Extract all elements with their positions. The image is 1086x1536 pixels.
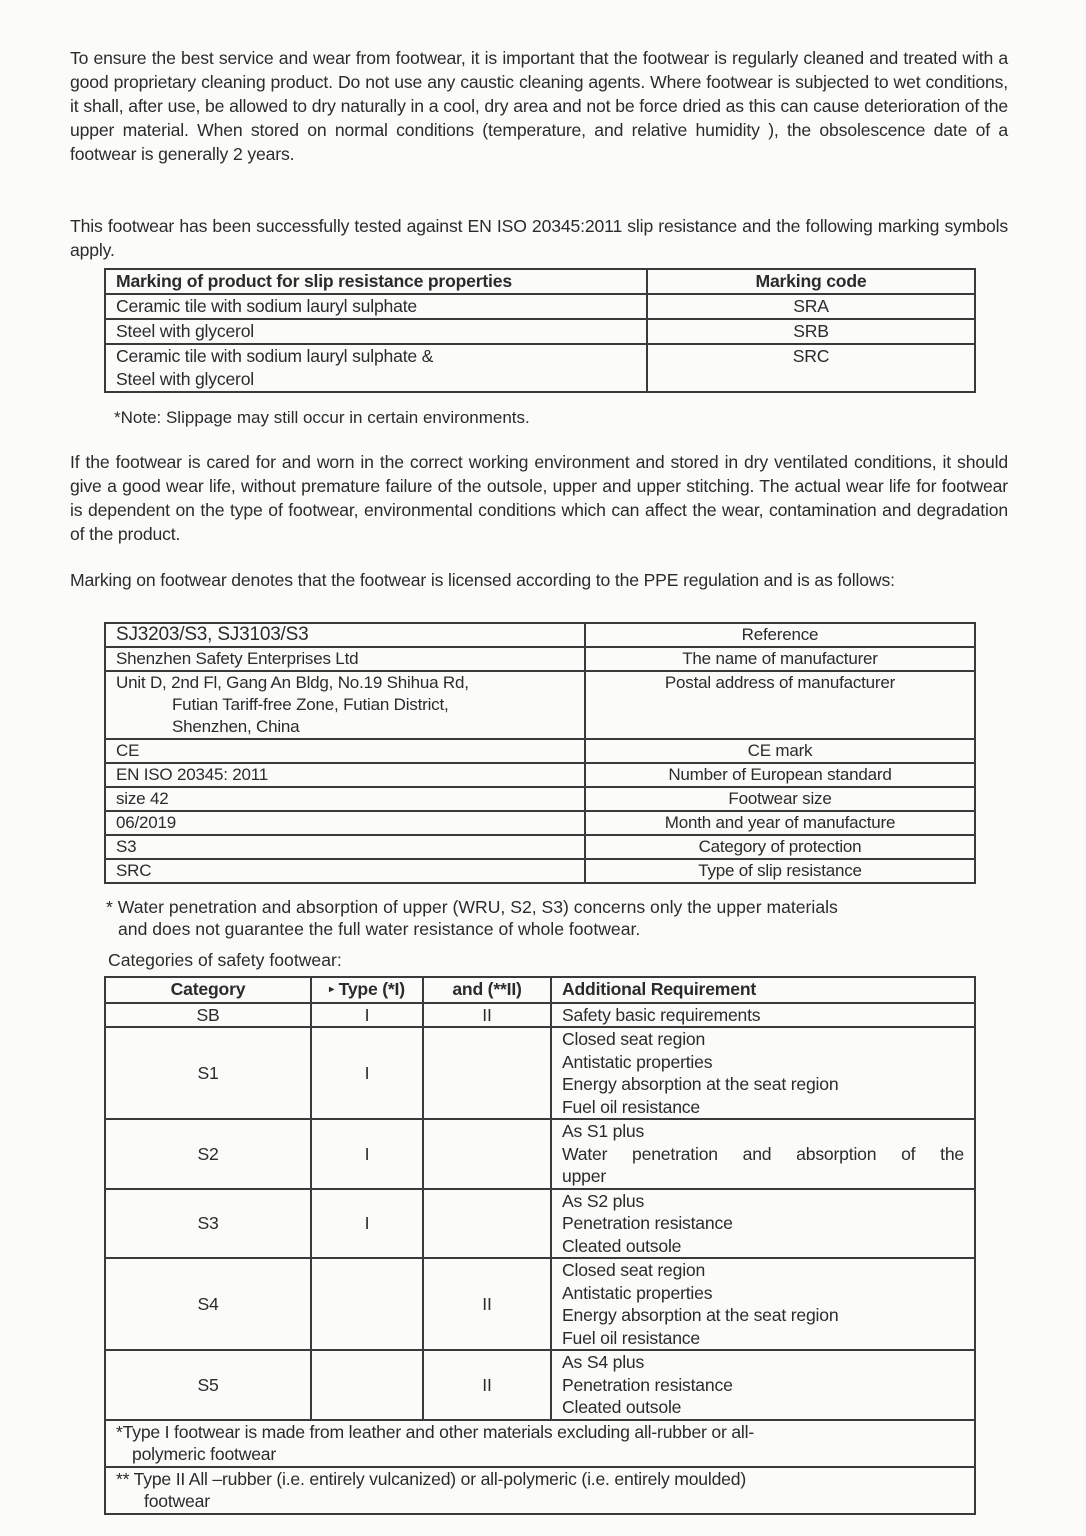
- type-ii-mark: [423, 1189, 551, 1259]
- slip-property: Ceramic tile with sodium lauryl sulphate…: [105, 344, 647, 392]
- requirement-line: Water penetration and absorption of the: [562, 1143, 964, 1166]
- slip-resistance-table: Marking of product for slip resistance p…: [104, 268, 976, 393]
- type-i-footnote: *Type I footwear is made from leather an…: [105, 1420, 975, 1467]
- requirement-line: Energy absorption at the seat region: [562, 1304, 964, 1327]
- note-line: * Water penetration and absorption of up…: [106, 896, 986, 918]
- type-i-mark: I: [311, 1027, 423, 1119]
- type-i-mark: [311, 1350, 423, 1420]
- table-row: S3 Category of protection: [105, 835, 975, 859]
- slip-property-line: Steel with glycerol: [116, 368, 636, 391]
- marking-value: SJ3203/S3, SJ3103/S3: [105, 623, 585, 647]
- wear-life-paragraph: If the footwear is cared for and worn in…: [70, 450, 1008, 546]
- requirement-line: Antistatic properties: [562, 1051, 964, 1074]
- type-ii-mark: II: [423, 1350, 551, 1420]
- requirement-line: Cleated outsole: [562, 1235, 964, 1258]
- type-i-mark: I: [311, 1003, 423, 1028]
- table-row: S4IIClosed seat regionAntistatic propert…: [105, 1258, 975, 1350]
- category-code: S5: [105, 1350, 311, 1420]
- requirement-line: Penetration resistance: [562, 1374, 964, 1397]
- requirement-line: Penetration resistance: [562, 1212, 964, 1235]
- marking-label: Month and year of manufacture: [585, 811, 975, 835]
- marking-value: EN ISO 20345: 2011: [105, 763, 585, 787]
- table-row: size 42 Footwear size: [105, 787, 975, 811]
- table-row: S2IAs S1 plusWater penetration and absor…: [105, 1119, 975, 1189]
- marking-value: SRC: [105, 859, 585, 883]
- slip-property: Steel with glycerol: [105, 319, 647, 344]
- requirement-line: Cleated outsole: [562, 1396, 964, 1419]
- category-code: S3: [105, 1189, 311, 1259]
- marking-label: Number of European standard: [585, 763, 975, 787]
- requirement-line: Fuel oil resistance: [562, 1327, 964, 1350]
- requirement-line: upper: [562, 1165, 964, 1188]
- requirement-line: As S1 plus: [562, 1120, 964, 1143]
- slip-intro-paragraph: This footwear has been successfully test…: [70, 214, 1008, 262]
- requirement-line: Fuel oil resistance: [562, 1096, 964, 1119]
- bullet-icon: ▸: [329, 984, 334, 995]
- requirements-cell: Closed seat regionAntistatic propertiesE…: [551, 1027, 975, 1119]
- marking-value: 06/2019: [105, 811, 585, 835]
- header-and: and (**II): [423, 977, 551, 1003]
- header-category: Category: [105, 977, 311, 1003]
- table-row: SBIIISafety basic requirements: [105, 1003, 975, 1028]
- marking-value: S3: [105, 835, 585, 859]
- type-ii-footnote: ** Type II All –rubber (i.e. entirely vu…: [105, 1467, 975, 1514]
- slip-code: SRB: [647, 319, 975, 344]
- slip-property: Ceramic tile with sodium lauryl sulphate: [105, 294, 647, 319]
- table-row: Ceramic tile with sodium lauryl sulphate…: [105, 344, 975, 392]
- table-header-row: Marking of product for slip resistance p…: [105, 269, 975, 294]
- marking-value: Shenzhen Safety Enterprises Ltd: [105, 647, 585, 671]
- header-type: ▸ Type (*I): [311, 977, 423, 1003]
- type-i-mark: I: [311, 1119, 423, 1189]
- category-code: S1: [105, 1027, 311, 1119]
- marking-label: Reference: [585, 623, 975, 647]
- type-ii-mark: [423, 1027, 551, 1119]
- footnote-row: ** Type II All –rubber (i.e. entirely vu…: [105, 1467, 975, 1514]
- requirement-line: As S4 plus: [562, 1351, 964, 1374]
- table-row: S5IIAs S4 plusPenetration resistanceClea…: [105, 1350, 975, 1420]
- slip-code: SRA: [647, 294, 975, 319]
- table-row: 06/2019 Month and year of manufacture: [105, 811, 975, 835]
- category-code: S4: [105, 1258, 311, 1350]
- slippage-note: *Note: Slippage may still occur in certa…: [114, 406, 530, 430]
- table-row: Steel with glycerol SRB: [105, 319, 975, 344]
- address-line: Unit D, 2nd Fl, Gang An Bldg, No.19 Shih…: [116, 672, 574, 694]
- header-property: Marking of product for slip resistance p…: [105, 269, 647, 294]
- address-line: Futian Tariff-free Zone, Futian District…: [116, 694, 574, 716]
- marking-label: CE mark: [585, 739, 975, 763]
- requirement-line: Antistatic properties: [562, 1282, 964, 1305]
- requirement-line: Closed seat region: [562, 1259, 964, 1282]
- address-line: Shenzhen, China: [116, 716, 574, 738]
- requirements-cell: Safety basic requirements: [551, 1003, 975, 1028]
- table-row: Unit D, 2nd Fl, Gang An Bldg, No.19 Shih…: [105, 671, 975, 739]
- care-paragraph: To ensure the best service and wear from…: [70, 46, 1008, 166]
- marking-label: Category of protection: [585, 835, 975, 859]
- note-line: and does not guarantee the full water re…: [106, 918, 986, 940]
- marking-table: SJ3203/S3, SJ3103/S3 Reference Shenzhen …: [104, 622, 976, 884]
- table-row: EN ISO 20345: 2011 Number of European st…: [105, 763, 975, 787]
- header-code: Marking code: [647, 269, 975, 294]
- type-ii-mark: II: [423, 1003, 551, 1028]
- table-row: SJ3203/S3, SJ3103/S3 Reference: [105, 623, 975, 647]
- type-ii-mark: [423, 1119, 551, 1189]
- marking-value: size 42: [105, 787, 585, 811]
- requirement-line: Closed seat region: [562, 1028, 964, 1051]
- requirement-line: Energy absorption at the seat region: [562, 1073, 964, 1096]
- category-code: S2: [105, 1119, 311, 1189]
- slip-code: SRC: [647, 344, 975, 392]
- requirement-line: Safety basic requirements: [562, 1004, 964, 1027]
- marking-label: Postal address of manufacturer: [585, 671, 975, 739]
- slip-property-line: Ceramic tile with sodium lauryl sulphate…: [116, 345, 636, 368]
- type-i-mark: I: [311, 1189, 423, 1259]
- marking-label: The name of manufacturer: [585, 647, 975, 671]
- requirements-cell: As S1 plusWater penetration and absorpti…: [551, 1119, 975, 1189]
- type-i-mark: [311, 1258, 423, 1350]
- categories-table: Category ▸ Type (*I) and (**II) Addition…: [104, 976, 976, 1515]
- table-row: S3IAs S2 plusPenetration resistanceCleat…: [105, 1189, 975, 1259]
- marking-label: Type of slip resistance: [585, 859, 975, 883]
- marking-value: Unit D, 2nd Fl, Gang An Bldg, No.19 Shih…: [105, 671, 585, 739]
- table-row: Shenzhen Safety Enterprises Ltd The name…: [105, 647, 975, 671]
- marking-intro-paragraph: Marking on footwear denotes that the foo…: [70, 568, 1008, 592]
- marking-label: Footwear size: [585, 787, 975, 811]
- requirements-cell: As S4 plusPenetration resistanceCleated …: [551, 1350, 975, 1420]
- table-header-row: Category ▸ Type (*I) and (**II) Addition…: [105, 977, 975, 1003]
- table-row: SRC Type of slip resistance: [105, 859, 975, 883]
- requirements-cell: Closed seat regionAntistatic propertiesE…: [551, 1258, 975, 1350]
- categories-label: Categories of safety footwear:: [108, 948, 342, 972]
- marking-value: CE: [105, 739, 585, 763]
- table-row: S1IClosed seat regionAntistatic properti…: [105, 1027, 975, 1119]
- type-ii-mark: II: [423, 1258, 551, 1350]
- water-penetration-note: * Water penetration and absorption of up…: [106, 896, 986, 940]
- footnote-row: *Type I footwear is made from leather an…: [105, 1420, 975, 1467]
- table-row: CE CE mark: [105, 739, 975, 763]
- category-code: SB: [105, 1003, 311, 1028]
- requirement-line: As S2 plus: [562, 1190, 964, 1213]
- requirements-cell: As S2 plusPenetration resistanceCleated …: [551, 1189, 975, 1259]
- header-requirement: Additional Requirement: [551, 977, 975, 1003]
- table-row: Ceramic tile with sodium lauryl sulphate…: [105, 294, 975, 319]
